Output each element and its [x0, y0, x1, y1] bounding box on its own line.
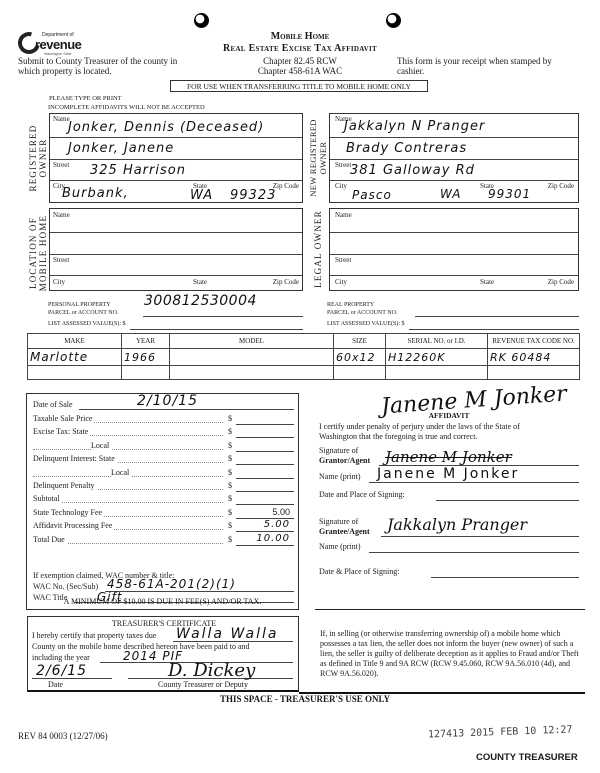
table-row: Marlotte 1966 60x12 H12260K RK 60484	[28, 349, 580, 366]
name-label: Name	[335, 211, 352, 219]
cell-year[interactable]	[122, 366, 170, 380]
instructions: PLEASE TYPE OR PRINT INCOMPLETE AFFIDAVI…	[48, 95, 205, 112]
street-label: Street	[335, 256, 351, 264]
grantor-signature-label: Signature of Grantor/Agent	[319, 446, 370, 465]
affidavit-section: AFFIDAVIT Janene M Jonker I certify unde…	[319, 396, 579, 596]
name-label: Name	[53, 211, 70, 219]
legal-owner-side-label: LEGAL OWNER	[308, 208, 328, 291]
real-property-parcel: REAL PROPERTY PARCEL or ACCOUNT NO. LIST…	[327, 302, 579, 329]
header-revenue-code: REVENUE TAX CODE NO.	[488, 334, 580, 349]
registered-owner-box: Name Jonker, Dennis (Deceased) Jonker, J…	[49, 113, 303, 203]
dollar-sign: $	[228, 468, 232, 477]
registered-owner-name-2[interactable]: Jonker, Janene	[68, 141, 174, 156]
registered-owner-city[interactable]: Burbank,	[62, 186, 129, 201]
table-row	[28, 366, 580, 380]
punch-hole-left	[194, 13, 209, 28]
cell-model[interactable]	[170, 366, 334, 380]
treasurer-stamp-org: COUNTY TREASURER	[476, 752, 578, 763]
instruction-type-print: PLEASE TYPE OR PRINT	[48, 95, 205, 104]
dollar-sign: $	[228, 494, 232, 503]
fee-label: State Technology Fee	[33, 508, 104, 517]
grantee-signature-label: Signature of Grantee/Agent	[319, 517, 370, 536]
fee-value-field[interactable]	[236, 545, 294, 546]
wac-no-value[interactable]: 458-61A-201(2)(1)	[107, 577, 236, 591]
fee-row: State Technology Fee$5.00	[33, 508, 294, 521]
state-label: State	[193, 278, 207, 286]
personal-property-parcel: PERSONAL PROPERTY PARCEL or ACCOUNT NO. …	[48, 302, 303, 329]
fee-row: Subtotal$	[33, 494, 294, 507]
zip-label: Zip Code	[548, 182, 574, 190]
zip-label: Zip Code	[273, 278, 299, 286]
state-label: State	[480, 278, 494, 286]
grantor-date-label: Date and Place of Signing:	[319, 490, 405, 499]
fee-row: Total Due$10.00	[33, 535, 294, 548]
real-assessed-label: LIST ASSESSED VALUE(S): $	[327, 321, 579, 329]
personal-assessed-label: LIST ASSESSED VALUE(S): $	[48, 321, 303, 329]
cell-make[interactable]: Marlotte	[28, 349, 122, 366]
grantee-date-label: Date & Place of Signing:	[319, 567, 399, 576]
fee-row: Taxable Sale Price$	[33, 414, 294, 427]
new-owner-street[interactable]: 381 Galloway Rd	[350, 163, 475, 178]
cell-model[interactable]	[170, 349, 334, 366]
personal-parcel-value[interactable]: 300812530004	[144, 298, 257, 306]
side-label-line2: OWNER	[38, 113, 48, 203]
grantee-name-field[interactable]	[369, 552, 579, 553]
grantor-date-field[interactable]	[436, 500, 579, 501]
fee-label: Total Due	[33, 535, 67, 544]
certificate-county[interactable]: Walla Walla	[176, 626, 278, 642]
lien-warning-text: If, in selling (or otherwise transferrin…	[320, 629, 580, 679]
zip-label: Zip Code	[548, 278, 574, 286]
location-box: Name Street City State Zip Code	[49, 208, 303, 291]
dollar-sign: $	[228, 535, 232, 544]
location-side-label: LOCATION OF MOBILE HOME	[28, 208, 48, 298]
date-of-sale-value[interactable]: 2/10/15	[137, 393, 198, 409]
dollar-sign: $	[228, 427, 232, 436]
registered-owner-name-1[interactable]: Jonker, Dennis (Deceased)	[68, 120, 264, 135]
zip-label: Zip Code	[273, 182, 299, 190]
fee-value[interactable]: 5.00	[272, 507, 290, 517]
dollar-sign: $	[228, 454, 232, 463]
header-serial: SERIAL NO. or I.D.	[386, 334, 488, 349]
wac-no-label: WAC No. (Sec/Sub)	[33, 582, 98, 591]
dollar-sign: $	[228, 521, 232, 530]
instruction-incomplete: INCOMPLETE AFFIDAVITS WILL NOT BE ACCEPT…	[48, 104, 205, 113]
receipt-note: This form is your receipt when stamped b…	[397, 56, 577, 76]
new-owner-zip[interactable]: 99301	[488, 187, 531, 201]
fee-label: Local	[111, 468, 131, 477]
sig-label-line1: Signature of	[319, 517, 370, 527]
fee-value-field[interactable]	[236, 504, 294, 505]
fee-row: Delinquent Penalty$	[33, 481, 294, 494]
city-label: City	[335, 182, 347, 190]
grantor-signature[interactable]: Janene M Jonker	[385, 448, 512, 466]
chapter-wac: Chapter 458-61A WAC	[240, 66, 360, 76]
treasurer-certificate-box: TREASURER'S CERTIFICATE I hereby certify…	[27, 616, 299, 692]
cell-year[interactable]: 1966	[122, 349, 170, 366]
cell-serial[interactable]: H12260K	[386, 349, 488, 366]
personal-assessed-value[interactable]	[130, 329, 303, 330]
chapter-rcw: Chapter 82.45 RCW	[240, 56, 360, 66]
sig-label-line2: Grantee/Agent	[319, 527, 370, 537]
side-label-line1: REGISTERED	[28, 113, 38, 203]
fee-value[interactable]: 10.00	[256, 533, 290, 544]
new-owner-name-1[interactable]: Jakkalyn N Pranger	[344, 119, 485, 134]
grantee-date-field[interactable]	[431, 577, 579, 578]
fee-row: Affidavit Processing Fee$5.00	[33, 521, 294, 534]
dollar-sign: $	[228, 481, 232, 490]
header-model: MODEL	[170, 334, 334, 349]
table-header-row: MAKE YEAR MODEL SIZE SERIAL NO. or I.D. …	[28, 334, 580, 349]
legal-owner-box: Name Street City State Zip Code	[329, 208, 579, 291]
city-label: City	[53, 278, 65, 286]
fee-value-field[interactable]	[236, 491, 294, 492]
treasurer-signature[interactable]: D. Dickey	[168, 660, 255, 681]
grantee-name-label: Name (print)	[319, 542, 361, 551]
sig-label-line1: Signature of	[319, 446, 370, 456]
fee-value-field[interactable]	[236, 451, 294, 452]
form-subtitle: Real Estate Excise Tax Affidavit	[0, 43, 600, 54]
new-owner-state[interactable]: WA	[440, 187, 461, 201]
side-label-line1: LOCATION OF	[28, 208, 38, 298]
registered-owner-street[interactable]: 325 Harrison	[90, 163, 186, 178]
submit-note: Submit to County Treasurer of the county…	[18, 56, 198, 76]
real-parcel-value[interactable]	[415, 316, 579, 317]
dollar-sign: $	[228, 414, 232, 423]
fee-label: Excise Tax: State	[33, 427, 90, 436]
street-label: Street	[53, 256, 69, 264]
certificate-line3: including the year	[32, 653, 90, 662]
grantor-name[interactable]: Janene M Jonker	[377, 466, 519, 482]
city-label: City	[335, 278, 347, 286]
mobile-home-table: MAKE YEAR MODEL SIZE SERIAL NO. or I.D. …	[27, 333, 580, 380]
side-label-line1: NEW REGISTERED	[308, 113, 318, 203]
fee-row: Delinquent Interest: State$	[33, 454, 294, 467]
header-make: MAKE	[28, 334, 122, 349]
fee-value-field[interactable]	[236, 464, 294, 465]
fee-row: Local$	[33, 441, 294, 454]
certificate-signer-label: County Treasurer or Deputy	[158, 680, 248, 689]
side-label-line2: OWNER	[318, 113, 328, 203]
registered-owner-zip[interactable]: 99323	[230, 188, 276, 203]
leader-dots	[33, 441, 223, 450]
new-registered-owner-box: Name Jakkalyn N Pranger Brady Contreras …	[329, 113, 579, 203]
punch-hole-right	[386, 13, 401, 28]
minimum-due-note: A MINIMUM OF $10.00 IS DUE IN FEE(S) AND…	[26, 597, 299, 606]
street-label: Street	[53, 161, 69, 169]
real-assessed-value[interactable]	[409, 329, 579, 330]
certificate-line1: I hereby certify that property taxes due	[32, 631, 156, 640]
fee-value-field[interactable]	[236, 437, 294, 438]
fees-box: Date of Sale 2/10/15 Taxable Sale Price$…	[26, 393, 299, 610]
warning-top-rule	[315, 609, 585, 610]
dollar-sign: $	[228, 441, 232, 450]
side-label-line2: MOBILE HOME	[38, 208, 48, 298]
registered-owner-state[interactable]: WA	[190, 188, 213, 203]
fee-row: Local$	[33, 468, 294, 481]
fee-value[interactable]: 5.00	[264, 519, 290, 530]
new-owner-city[interactable]: Pasco	[352, 188, 392, 202]
sig-label-line2: Grantor/Agent	[319, 456, 370, 466]
treasurer-use-label: THIS SPACE - TREASURER'S USE ONLY	[220, 694, 390, 704]
header-year: YEAR	[122, 334, 170, 349]
grantee-signature[interactable]: Jakkalyn Pranger	[387, 515, 527, 534]
real-property-label: REAL PROPERTY	[327, 302, 579, 310]
fee-label: Delinquent Interest: State	[33, 454, 117, 463]
header-size: SIZE	[334, 334, 386, 349]
fee-label: Delinquent Penalty	[33, 481, 97, 490]
fee-value-field[interactable]	[236, 478, 294, 479]
treasurer-stamp: 127413 2015 FEB 10 12:27	[428, 724, 573, 740]
side-label-line1: LEGAL OWNER	[313, 208, 323, 290]
fee-row: Excise Tax: State$	[33, 427, 294, 440]
certify-text: I certify under penalty of perjury under…	[319, 422, 559, 441]
form-number: REV 84 0003 (12/27/06)	[18, 731, 108, 741]
fee-label: Subtotal	[33, 494, 62, 503]
grantor-name-label: Name (print)	[319, 472, 361, 481]
fee-label: Taxable Sale Price	[33, 414, 94, 423]
registered-owner-side-label: REGISTERED OWNER	[28, 113, 48, 203]
street-label: Street	[335, 161, 351, 169]
date-of-sale-label: Date of Sale	[33, 400, 73, 409]
cell-revenue-code[interactable]	[488, 366, 580, 380]
cell-serial[interactable]	[386, 366, 488, 380]
transfer-use-note: FOR USE WHEN TRANSFERRING TITLE TO MOBIL…	[170, 80, 428, 92]
form-title: Mobile Home	[0, 31, 600, 42]
fee-label: Local	[91, 441, 111, 450]
dollar-sign: $	[228, 508, 232, 517]
new-owner-side-label: NEW REGISTERED OWNER	[308, 113, 328, 203]
cell-size[interactable]: 60x12	[334, 349, 386, 366]
new-owner-name-2[interactable]: Brady Contreras	[346, 141, 467, 156]
cell-revenue-code[interactable]: RK 60484	[488, 349, 580, 366]
cell-size[interactable]	[334, 366, 386, 380]
cell-make[interactable]	[28, 366, 122, 380]
fee-label: Affidavit Processing Fee	[33, 521, 114, 530]
fee-value-field[interactable]	[236, 424, 294, 425]
certificate-date[interactable]: 2/6/15	[36, 663, 87, 679]
certificate-date-label: Date	[48, 680, 63, 689]
